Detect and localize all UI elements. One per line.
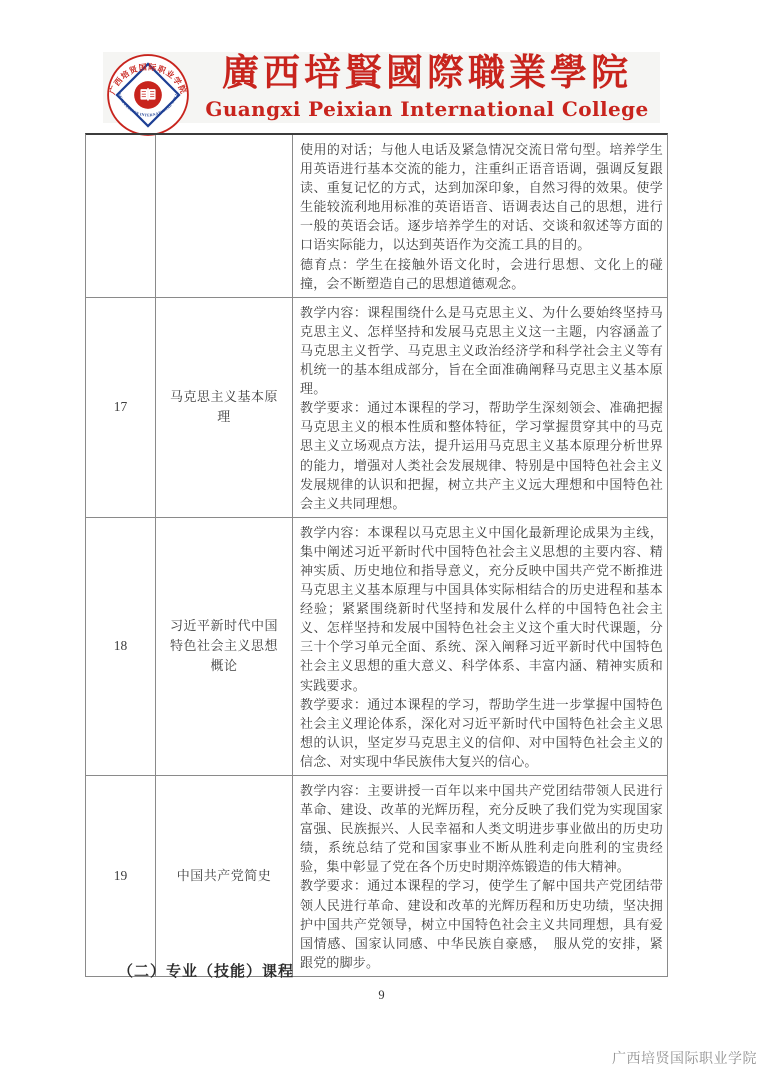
- course-paragraph: 教学内容：主要讲授一百年以来中国共产党团结带领人民进行革命、建设、改革的光辉历程…: [300, 781, 663, 876]
- course-number: 19: [86, 776, 155, 976]
- course-description: 使用的对话；与他人电话及紧急情况交流日常句型。培养学生用英语进行基本交流的能力，…: [293, 135, 667, 297]
- course-number: [86, 135, 155, 297]
- course-table-row: 17 马克思主义基本原理 教学内容：课程围绕什么是马克思主义、为什么要始终坚持马…: [86, 297, 667, 517]
- watermark: 广西培贤国际职业学院: [612, 1048, 757, 1068]
- course-table-row: 19 中国共产党简史 教学内容：主要讲授一百年以来中国共产党团结带领人民进行革命…: [86, 775, 667, 976]
- course-description: 教学内容：本课程以马克思主义中国化最新理论成果为主线，集中阐述习近平新时代中国特…: [293, 518, 667, 775]
- course-paragraph: 教学要求：通过本课程的学习，帮助学生深刻领会、准确把握马克思主义的根本性质和整体…: [300, 398, 663, 513]
- course-table: 使用的对话；与他人电话及紧急情况交流日常句型。培养学生用英语进行基本交流的能力，…: [85, 133, 668, 977]
- college-name-chinese: 廣西培賢國際職業學院: [196, 50, 658, 98]
- document-page: 广西培贤国际职业学院 GUANGXI PEIXIAN INTERNATIONAL…: [0, 0, 763, 1080]
- college-name-english: Guangxi Peixian International College: [196, 98, 658, 121]
- college-titles: 廣西培賢國際職業學院 Guangxi Peixian International…: [196, 50, 658, 121]
- section-heading: （二）专业（技能）课程: [118, 960, 294, 981]
- course-paragraph: 德育点：学生在接触外语文化时，会进行思想、文化上的碰撞，会不断塑造自己的思想道德…: [300, 255, 663, 293]
- course-number: 17: [86, 298, 155, 517]
- course-table-row: 18 习近平新时代中国特色社会主义思想概论 教学内容：本课程以马克思主义中国化最…: [86, 517, 667, 775]
- course-description: 教学内容：课程围绕什么是马克思主义、为什么要始终坚持马克思主义、怎样坚持和发展马…: [293, 298, 667, 517]
- course-number: 18: [86, 518, 155, 775]
- course-paragraph: 教学要求：通过本课程的学习，帮助学生进一步掌握中国特色社会主义理论体系，深化对习…: [300, 695, 663, 771]
- course-name: 中国共产党简史: [155, 776, 293, 976]
- course-paragraph: 使用的对话；与他人电话及紧急情况交流日常句型。培养学生用英语进行基本交流的能力，…: [300, 140, 663, 255]
- course-name: 马克思主义基本原理: [155, 298, 293, 517]
- course-name: [155, 135, 293, 297]
- open-book-icon: [140, 88, 155, 100]
- course-paragraph: 教学内容：本课程以马克思主义中国化最新理论成果为主线，集中阐述习近平新时代中国特…: [300, 523, 663, 695]
- course-paragraph: 教学要求：通过本课程的学习，使学生了解中国共产党团结带领人民进行革命、建设和改革…: [300, 876, 663, 971]
- page-number: 9: [0, 988, 763, 1003]
- college-seal-logo: 广西培贤国际职业学院 GUANGXI PEIXIAN INTERNATIONAL…: [106, 53, 190, 137]
- course-description: 教学内容：主要讲授一百年以来中国共产党团结带领人民进行革命、建设、改革的光辉历程…: [293, 776, 667, 976]
- course-name: 习近平新时代中国特色社会主义思想概论: [155, 518, 293, 775]
- course-table-row: 使用的对话；与他人电话及紧急情况交流日常句型。培养学生用英语进行基本交流的能力，…: [86, 135, 667, 297]
- course-paragraph: 教学内容：课程围绕什么是马克思主义、为什么要始终坚持马克思主义、怎样坚持和发展马…: [300, 303, 663, 398]
